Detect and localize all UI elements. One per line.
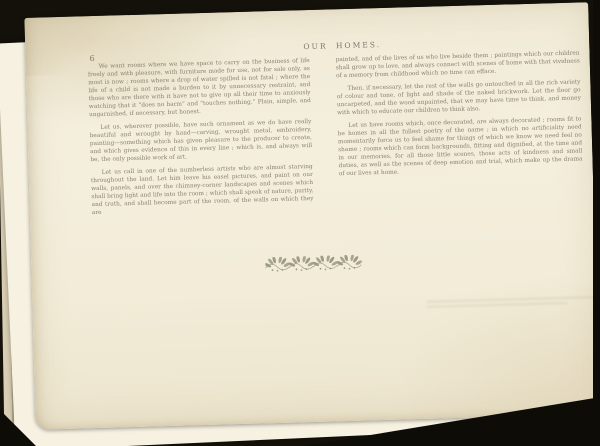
paragraph: We want rooms where we have space to car… [88, 57, 311, 119]
leaf-garland-icon [265, 255, 363, 274]
text-columns: We want rooms where we have space to car… [88, 49, 584, 222]
page-ornament [265, 255, 363, 274]
show-through-line [426, 296, 598, 303]
book-page: 6 OUR HOMES. We want rooms where we have… [24, 2, 599, 430]
paragraph: Let us, wherever possible, have such orn… [89, 118, 312, 164]
text-column-right: painted, and of the lives of us who live… [336, 49, 584, 215]
paragraph: Let us call in one of the numberless art… [91, 163, 314, 217]
ink-show-through [426, 296, 598, 311]
scanner-bed-strip [593, 0, 600, 402]
scanned-book-photo: { "document": { "page_number": "6", "run… [0, 0, 600, 446]
running-header: OUR HOMES. [277, 39, 407, 52]
text-column-left: We want rooms where we have space to car… [88, 57, 314, 222]
paragraph: Then, if necessary, let the rest of the … [336, 78, 581, 117]
show-through-line [427, 302, 568, 308]
paragraph: Let us have rooms which, once decorated,… [337, 115, 582, 178]
paragraph: painted, and of the lives of us who live… [336, 49, 581, 80]
page-number: 6 [89, 54, 94, 63]
